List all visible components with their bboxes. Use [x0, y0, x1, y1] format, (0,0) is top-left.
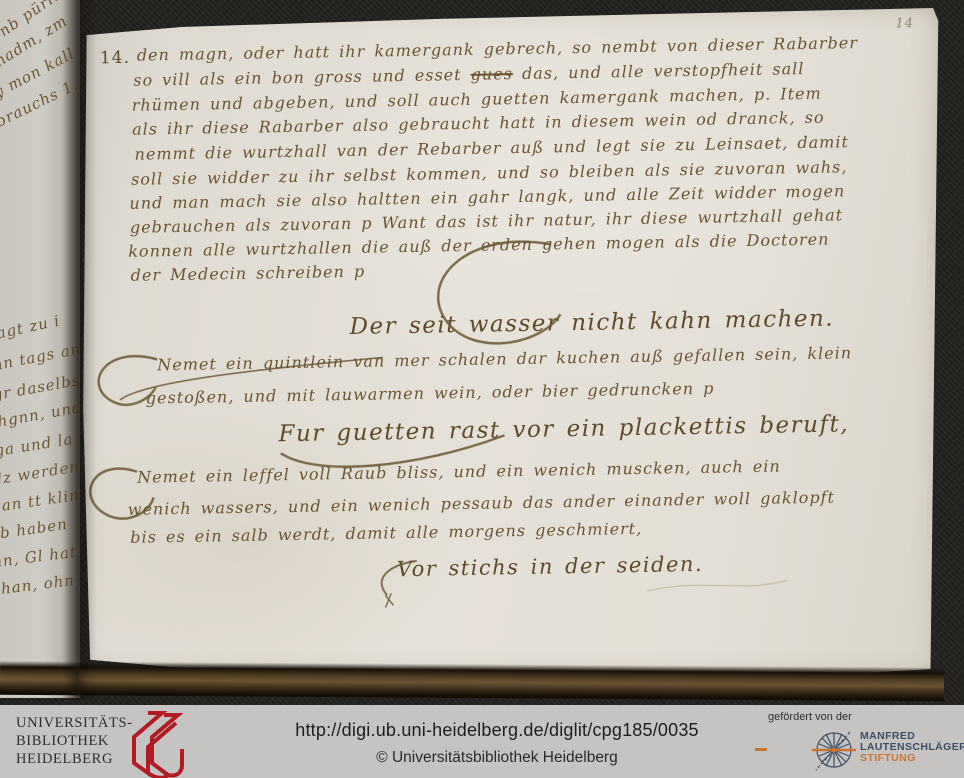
manuscript-line: der Medecin schreiben p — [131, 262, 366, 285]
funder-divider-dash — [755, 748, 767, 751]
facing-page-text-fragment: agt zu i — [0, 311, 62, 342]
recipe-margin-number: 14. — [100, 48, 130, 69]
struck-word: gues — [471, 64, 514, 84]
recipe-heading: Vor stichs in der seiden. — [397, 552, 704, 581]
manuscript-line: gestoßen, und mit lauwarmen wein, oder b… — [146, 379, 715, 408]
stiftung-compass-icon — [806, 726, 858, 774]
viewer-footer-bar: UNIVERSITÄTS- BIBLIOTHEK HEIDELBERG http… — [0, 705, 964, 778]
funder-name-line: STIFTUNG — [860, 753, 964, 764]
manuscript-line: wenich wassers, und ein wenich pessaub d… — [128, 488, 835, 519]
manuscript-line-part: so vill als ein bon gross und esset — [133, 65, 471, 90]
ub-heidelberg-book-icon — [118, 707, 194, 778]
book-gutter-shadow — [62, 0, 96, 700]
funder-name: MANFRED LAUTENSCHLÄGER STIFTUNG — [860, 731, 964, 764]
manuscript-line: Nemet ein leffel voll Raub bliss, und ei… — [137, 456, 781, 486]
folio-number-pencil: 14 — [895, 16, 914, 31]
funder-caption: gefördert von der — [768, 711, 852, 723]
manuscript-line: Nemet ein quintlein van mer schalen dar … — [157, 343, 852, 374]
manuscript-photo: nb pürlm nadm, zm y mon kall brauchs 1. … — [0, 0, 964, 705]
manuscript-page: 14 14. den magn, oder hatt ihr kamergank… — [78, 4, 940, 680]
book-bottom-edge — [0, 661, 944, 702]
recipe-heading: Der seit wasser nicht kahn machen. — [349, 306, 834, 340]
digitized-manuscript-viewer: nb pürlm nadm, zm y mon kall brauchs 1. … — [0, 0, 964, 778]
manuscript-line-part: das, und alle verstopfheit sall — [513, 59, 805, 83]
recipe-heading: Fur guetten rast vor ein plackettis beru… — [278, 411, 849, 447]
manuscript-line: bis es ein salb werdt, damit alle morgen… — [130, 519, 642, 547]
facing-page-text-fragment: ib haben — [0, 515, 69, 543]
